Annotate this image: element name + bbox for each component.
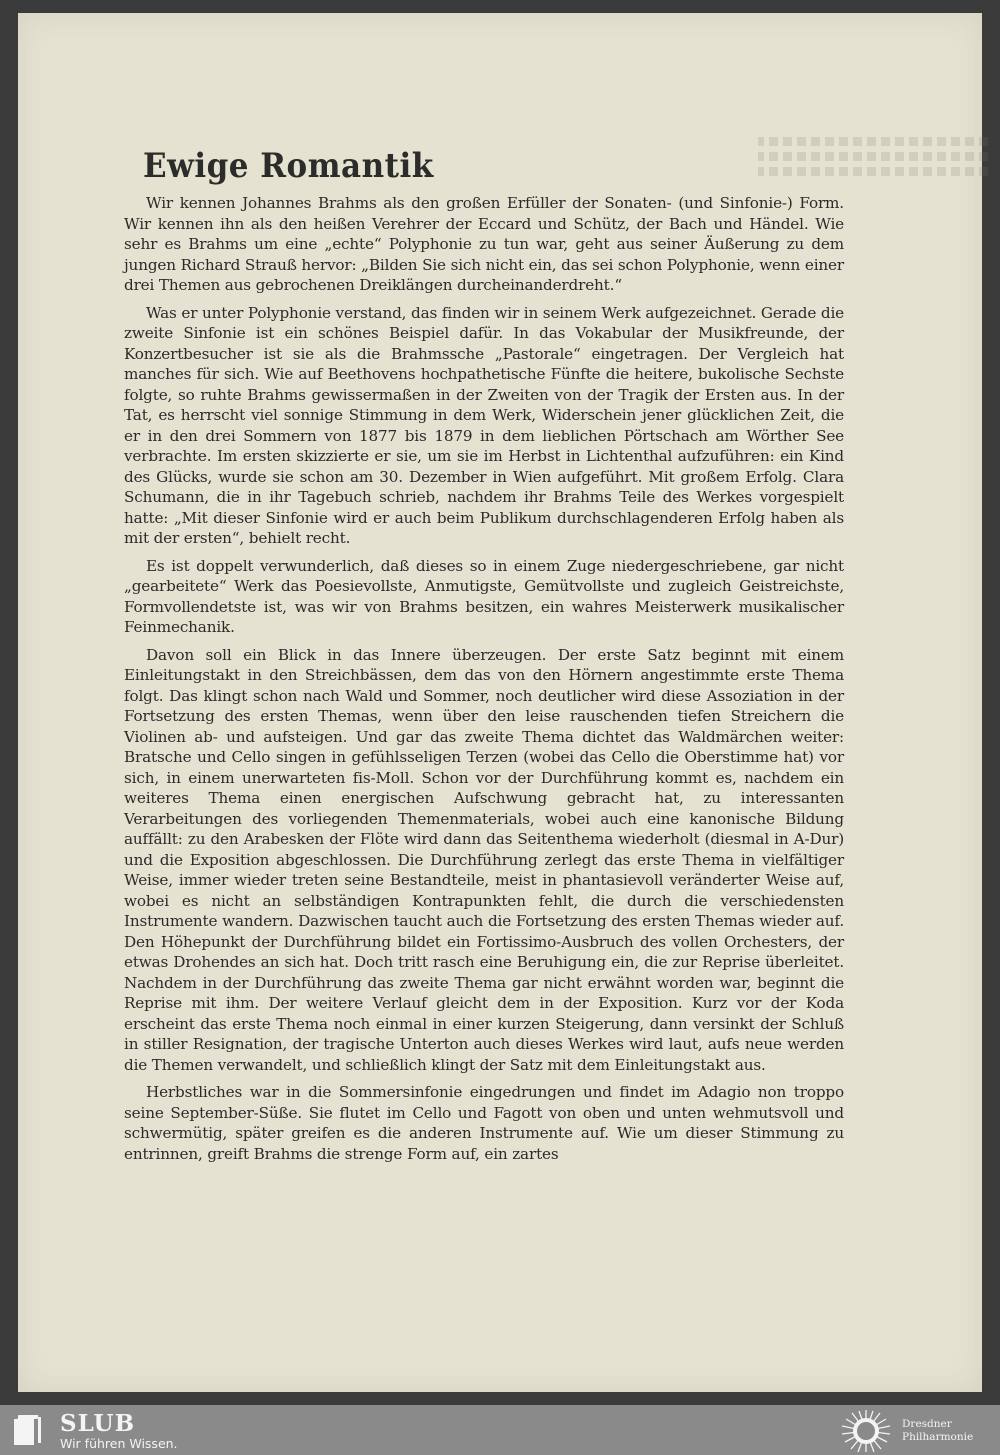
article-body: Wir kennen Johannes Brahms als den große… xyxy=(124,193,844,1171)
paragraph: Wir kennen Johannes Brahms als den große… xyxy=(124,193,844,296)
dresdner-philharmonie-logo[interactable]: Dresdner Philharmonie xyxy=(840,1409,973,1453)
paragraph: Davon soll ein Blick in das Innere überz… xyxy=(124,645,844,1076)
sunburst-ring-icon xyxy=(840,1409,892,1453)
paragraph: Was er unter Polyphonie verstand, das fi… xyxy=(124,303,844,549)
paragraph: Herbstliches war in die Sommersinfonie e… xyxy=(124,1082,844,1164)
paragraph: Es ist doppelt verwunderlich, daß dieses… xyxy=(124,556,844,638)
slub-name: SLUB xyxy=(60,1412,178,1436)
slub-logo[interactable]: SLUB Wir führen Wissen. xyxy=(14,1412,178,1452)
philharmonie-line2: Philharmonie xyxy=(902,1431,973,1444)
article-title: Ewige Romantik xyxy=(143,147,434,186)
slub-tagline: Wir führen Wissen. xyxy=(60,1436,178,1452)
philharmonie-line1: Dresdner xyxy=(902,1418,973,1431)
footer-bar: SLUB Wir führen Wissen. xyxy=(0,1405,1000,1455)
book-icon xyxy=(14,1415,44,1445)
